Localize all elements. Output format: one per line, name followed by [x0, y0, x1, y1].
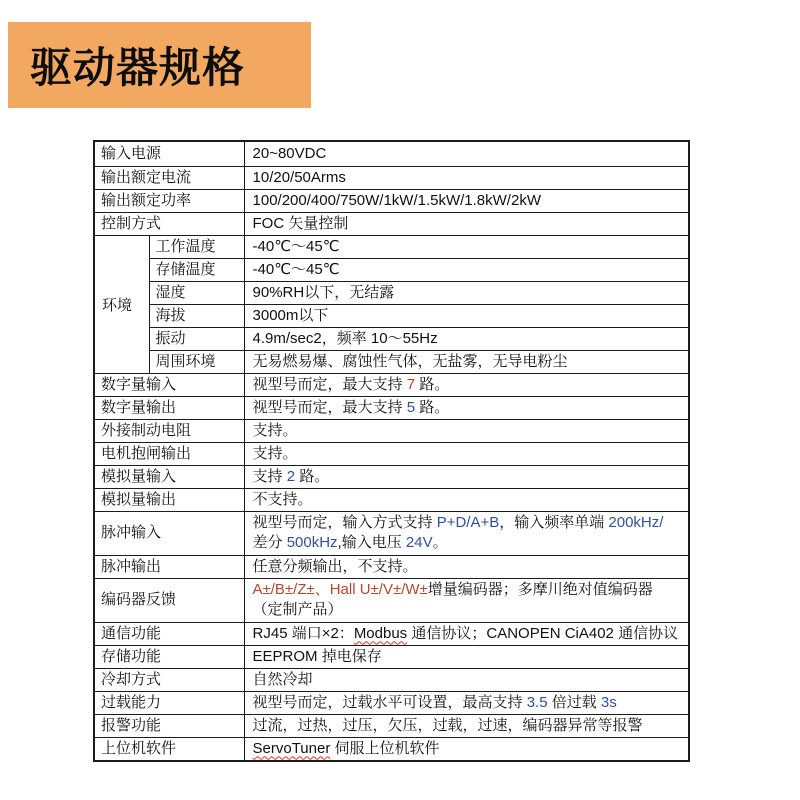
spec-sublabel-cell: 存储温度 — [149, 258, 244, 281]
spec-label-cell: 输出额定电流 — [94, 166, 244, 189]
spec-value-cell: 4.9m/sec2，频率 10～55Hz — [244, 327, 689, 350]
spec-label-cell: 外接制动电阻 — [94, 419, 244, 442]
value-segment: 5 — [407, 399, 415, 416]
value-segment: ，输入频率单端 — [499, 514, 608, 531]
table-row: 存储温度-40℃～45℃ — [94, 258, 689, 281]
spec-value-cell: EEPROM 掉电保存 — [244, 645, 689, 668]
value-segment: 视型号而定，最大支持 — [253, 376, 407, 393]
spec-value-cell: FOC 矢量控制 — [244, 212, 689, 235]
spec-label-cell: 编码器反馈 — [94, 578, 244, 622]
value-segment: FOC 矢量控制 — [253, 215, 349, 232]
value-segment: 视型号而定，输入方式支持 — [253, 514, 437, 531]
value-segment: RJ45 端口×2： — [253, 625, 354, 642]
spec-value-cell: -40℃～45℃ — [244, 258, 689, 281]
spec-value-cell: 不支持。 — [244, 488, 689, 511]
table-row: 输出额定电流10/20/50Arms — [94, 166, 689, 189]
spec-value-cell: RJ45 端口×2：Modbus 通信协议；CANOPEN CiA402 通信协… — [244, 622, 689, 645]
spec-value-cell: 视型号而定，最大支持 7 路。 — [244, 373, 689, 396]
value-segment: 100/200/400/750W/1kW/1.5kW/1.8kW/2kW — [253, 192, 541, 209]
table-row: 模拟量输出不支持。 — [94, 488, 689, 511]
spec-value-cell: 20~80VDC — [244, 141, 689, 166]
spec-sublabel-cell: 湿度 — [149, 281, 244, 304]
table-row: 输出额定功率100/200/400/750W/1kW/1.5kW/1.8kW/2… — [94, 189, 689, 212]
value-segment: 7 — [407, 376, 415, 393]
spec-table: 输入电源20~80VDC输出额定电流10/20/50Arms输出额定功率100/… — [93, 140, 690, 762]
spec-label-cell: 脉冲输入 — [94, 511, 244, 555]
value-segment: A±/B±/Z±、Hall U±/V±/W± — [253, 581, 428, 598]
spec-label-cell: 电机抱闸输出 — [94, 442, 244, 465]
spec-label-cell: 输入电源 — [94, 141, 244, 166]
table-row: 海拔3000m以下 — [94, 304, 689, 327]
spec-sublabel-cell: 工作温度 — [149, 235, 244, 258]
value-segment: 自然冷却 — [253, 671, 313, 688]
page: 驱动器规格 输入电源20~80VDC输出额定电流10/20/50Arms输出额定… — [0, 0, 800, 800]
spec-label-cell: 数字量输出 — [94, 396, 244, 419]
value-segment: P+D/A+B — [437, 514, 500, 531]
spec-value-cell: 视型号而定，输入方式支持 P+D/A+B，输入频率单端 200kHz/ 差分 5… — [244, 511, 689, 555]
table-row: 过载能力视型号而定，过载水平可设置，最高支持 3.5 倍过载 3s — [94, 691, 689, 714]
spec-label-cell: 上位机软件 — [94, 737, 244, 761]
value-segment: 过流，过热，过压，欠压，过载，过速，编码器异常等报警 — [253, 717, 643, 734]
value-segment: ,输入电压 — [338, 534, 406, 551]
value-segment: 支持。 — [253, 445, 298, 462]
value-segment: 支持 — [253, 468, 287, 485]
spec-label-cell: 输出额定功率 — [94, 189, 244, 212]
spec-label-cell: 模拟量输出 — [94, 488, 244, 511]
value-segment: 500kHz — [287, 534, 338, 551]
value-segment: EEPROM 掉电保存 — [253, 648, 382, 665]
spec-value-cell: 100/200/400/750W/1kW/1.5kW/1.8kW/2kW — [244, 189, 689, 212]
value-segment: 3s — [601, 694, 617, 711]
value-segment: -40℃～45℃ — [253, 261, 340, 278]
spellcheck-word: ServoTuner — [253, 740, 331, 757]
value-segment: 路。 — [415, 376, 449, 393]
value-segment: 10/20/50Arms — [253, 169, 346, 186]
spec-label-cell: 脉冲输出 — [94, 555, 244, 578]
value-segment: 。 — [433, 534, 448, 551]
value-segment: 倍过载 — [548, 694, 601, 711]
spec-value-cell: ServoTuner 伺服上位机软件 — [244, 737, 689, 761]
spec-label-cell: 过载能力 — [94, 691, 244, 714]
spec-value-cell: 支持。 — [244, 442, 689, 465]
table-row: 通信功能RJ45 端口×2：Modbus 通信协议；CANOPEN CiA402… — [94, 622, 689, 645]
spec-label-cell: 冷却方式 — [94, 668, 244, 691]
value-segment: 任意分频输出，不支持。 — [253, 558, 418, 575]
value-segment: -40℃～45℃ — [253, 238, 340, 255]
value-segment: 3.5 — [527, 694, 548, 711]
table-row: 控制方式FOC 矢量控制 — [94, 212, 689, 235]
value-segment: 通信协议；CANOPEN CiA402 通信协议 — [407, 625, 678, 642]
value-segment: 2 — [287, 468, 295, 485]
table-row: 数字量输入视型号而定，最大支持 7 路。 — [94, 373, 689, 396]
value-segment: 3000m以下 — [253, 307, 329, 324]
table-row: 数字量输出视型号而定，最大支持 5 路。 — [94, 396, 689, 419]
spec-value-cell: -40℃～45℃ — [244, 235, 689, 258]
value-segment: 90%RH以下，无结露 — [253, 284, 395, 301]
table-row: 电机抱闸输出支持。 — [94, 442, 689, 465]
spec-label-cell: 通信功能 — [94, 622, 244, 645]
value-segment: 200kHz/ — [608, 514, 663, 531]
table-row: 湿度90%RH以下，无结露 — [94, 281, 689, 304]
spec-value-cell: 无易燃易爆、腐蚀性气体，无盐雾，无导电粉尘 — [244, 350, 689, 373]
spec-label-cell: 数字量输入 — [94, 373, 244, 396]
spec-value-cell: 自然冷却 — [244, 668, 689, 691]
spec-sublabel-cell: 海拔 — [149, 304, 244, 327]
value-segment: 支持。 — [253, 422, 298, 439]
value-segment: 无易燃易爆、腐蚀性气体，无盐雾，无导电粉尘 — [253, 353, 568, 370]
table-row: 脉冲输入视型号而定，输入方式支持 P+D/A+B，输入频率单端 200kHz/ … — [94, 511, 689, 555]
table-row: 周围环境无易燃易爆、腐蚀性气体，无盐雾，无导电粉尘 — [94, 350, 689, 373]
value-segment: 差分 — [253, 534, 287, 551]
value-segment: 视型号而定，过载水平可设置，最高支持 — [253, 694, 527, 711]
table-row: 上位机软件ServoTuner 伺服上位机软件 — [94, 737, 689, 761]
spec-label-cell: 控制方式 — [94, 212, 244, 235]
spellcheck-word: Modbus — [354, 625, 407, 642]
value-segment: 24V — [406, 534, 433, 551]
page-title: 驱动器规格 — [30, 35, 245, 95]
spec-value-cell: 支持。 — [244, 419, 689, 442]
spec-value-cell: 任意分频输出，不支持。 — [244, 555, 689, 578]
value-segment: 伺服上位机软件 — [330, 740, 439, 757]
spec-value-cell: 视型号而定，最大支持 5 路。 — [244, 396, 689, 419]
spec-value-cell: 10/20/50Arms — [244, 166, 689, 189]
table-row: 环境工作温度-40℃～45℃ — [94, 235, 689, 258]
table-row: 外接制动电阻支持。 — [94, 419, 689, 442]
value-segment: 20~80VDC — [253, 145, 327, 162]
spec-sublabel-cell: 振动 — [149, 327, 244, 350]
spec-label-cell: 模拟量输入 — [94, 465, 244, 488]
env-group-cell: 环境 — [94, 235, 149, 373]
value-segment: （定制产品） — [253, 601, 343, 618]
table-row: 振动4.9m/sec2，频率 10～55Hz — [94, 327, 689, 350]
spec-label-cell: 存储功能 — [94, 645, 244, 668]
table-row: 输入电源20~80VDC — [94, 141, 689, 166]
value-segment: 增量编码器；多摩川绝对值编码器 — [428, 581, 653, 598]
table-row: 模拟量输入支持 2 路。 — [94, 465, 689, 488]
table-row: 编码器反馈A±/B±/Z±、Hall U±/V±/W±增量编码器；多摩川绝对值编… — [94, 578, 689, 622]
spec-value-cell: 3000m以下 — [244, 304, 689, 327]
spec-value-cell: 支持 2 路。 — [244, 465, 689, 488]
spec-value-cell: 过流，过热，过压，欠压，过载，过速，编码器异常等报警 — [244, 714, 689, 737]
spec-value-cell: 90%RH以下，无结露 — [244, 281, 689, 304]
spec-table-body: 输入电源20~80VDC输出额定电流10/20/50Arms输出额定功率100/… — [94, 141, 689, 761]
value-segment: 路。 — [295, 468, 329, 485]
table-row: 存储功能EEPROM 掉电保存 — [94, 645, 689, 668]
value-segment: 视型号而定，最大支持 — [253, 399, 407, 416]
table-row: 脉冲输出任意分频输出，不支持。 — [94, 555, 689, 578]
value-segment: 不支持。 — [253, 491, 313, 508]
spec-value-cell: A±/B±/Z±、Hall U±/V±/W±增量编码器；多摩川绝对值编码器 （定… — [244, 578, 689, 622]
value-segment: 路。 — [415, 399, 449, 416]
table-row: 报警功能过流，过热，过压，欠压，过载，过速，编码器异常等报警 — [94, 714, 689, 737]
value-segment: 4.9m/sec2，频率 10～55Hz — [253, 330, 438, 347]
spec-label-cell: 报警功能 — [94, 714, 244, 737]
spec-sublabel-cell: 周围环境 — [149, 350, 244, 373]
spec-value-cell: 视型号而定，过载水平可设置，最高支持 3.5 倍过载 3s — [244, 691, 689, 714]
table-row: 冷却方式自然冷却 — [94, 668, 689, 691]
title-banner: 驱动器规格 — [8, 22, 311, 108]
